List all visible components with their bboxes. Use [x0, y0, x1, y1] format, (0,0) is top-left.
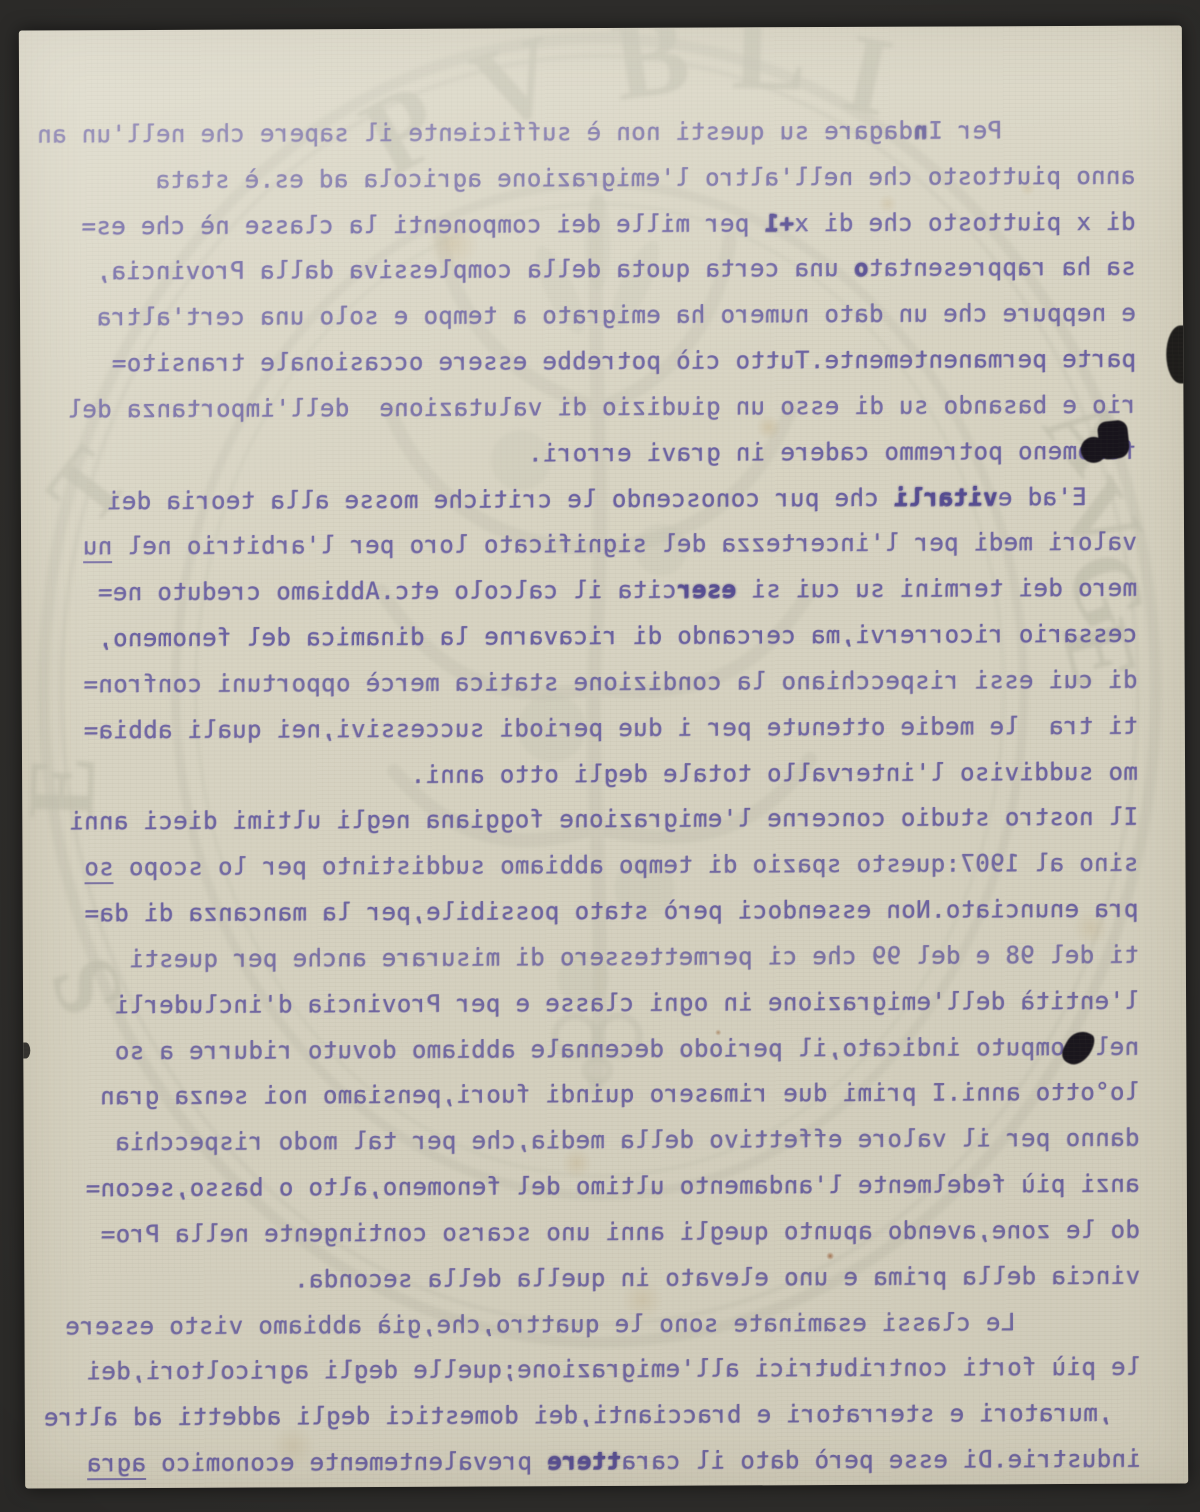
- text-line: danno per il valore effettivo della medi…: [42, 1116, 1140, 1167]
- text-line: vincia della prima e uno elevato in quel…: [42, 1253, 1140, 1304]
- text-line: Le classi esaminate sono le quattro,che,…: [42, 1299, 1140, 1350]
- text-line: l'entità dell'emigrazione in ogni classe…: [41, 978, 1139, 1029]
- text-line: le più forti contributrici all'emigrazio…: [43, 1345, 1141, 1396]
- text-line: e neppure che un dato numero ha emigrato…: [38, 291, 1136, 342]
- text-line: Il nostro studio concerne l'emigrazione …: [40, 795, 1138, 846]
- text-line: anzi più fedelmente l'andamento ultimo d…: [42, 1162, 1140, 1213]
- paper-edge-tear: [1166, 325, 1188, 383]
- text-line: mo suddiviso l'intervallo totale degli o…: [40, 749, 1138, 800]
- document-page: PVBLIAVGETES Per Indagare su questi non …: [19, 25, 1188, 1488]
- text-line: nel computo indicato,il periodo decennal…: [41, 1024, 1139, 1075]
- text-line: pra enunciato.Non essendoci però stato p…: [41, 887, 1139, 938]
- ink-blot-middle-right: [1061, 1026, 1097, 1072]
- text-line: cessario ricorrervi,ma cercando di ricav…: [39, 612, 1137, 663]
- text-line: valori medi per l'incertezza del signifi…: [39, 520, 1137, 571]
- text-line: do le zone,avendo apunto quegli anni uno…: [42, 1208, 1140, 1259]
- text-line: rio e basando su di esso un giudizio di …: [38, 383, 1136, 434]
- paper-edge-mark: [21, 1043, 30, 1059]
- text-line: Per Indagare su questi non è sufficiente…: [37, 108, 1135, 159]
- text-line: E'ad evitarli che pur conoscendo le crit…: [39, 474, 1137, 525]
- text-line: mero dei termini su cui si esercita il c…: [39, 566, 1137, 617]
- text-line: lo°otto anni.I primi due rimasero quindi…: [41, 1070, 1139, 1121]
- stamp-ring-letter: L: [730, 25, 808, 114]
- text-line: di x piuttosto che di x+1 per mille dei …: [38, 199, 1136, 250]
- text-line: sino al 1907:questo spazio di tempo abbi…: [40, 841, 1138, 892]
- text-line: ti del 98 e del 99 che ci permettessero …: [41, 933, 1139, 984]
- text-line: ti tra le medie ottenute per i due perio…: [40, 703, 1138, 754]
- text-line: ,muratori e sterratori e braccianti,dei …: [43, 1391, 1141, 1442]
- text-line: sa ha rappresentato una certa quota dell…: [38, 245, 1136, 296]
- ink-blot-top-right: [1077, 419, 1133, 469]
- text-line: parte permanentemente.Tutto ciò potrebbe…: [38, 337, 1136, 388]
- scan-background: PVBLIAVGETES Per Indagare su questi non …: [0, 0, 1200, 1512]
- text-line: industrie.Di esse però dato il carattere…: [43, 1437, 1141, 1488]
- typewritten-text-mirrored: Per Indagare su questi non è sufficiente…: [37, 108, 1141, 1488]
- text-line: anno piuttosto che nell'altro l'emigrazi…: [37, 154, 1135, 205]
- text-line: di cui essi rispecchiano la condizione s…: [40, 658, 1138, 709]
- text-line: fenomeno potremmo cadere in gravi errori…: [39, 428, 1137, 479]
